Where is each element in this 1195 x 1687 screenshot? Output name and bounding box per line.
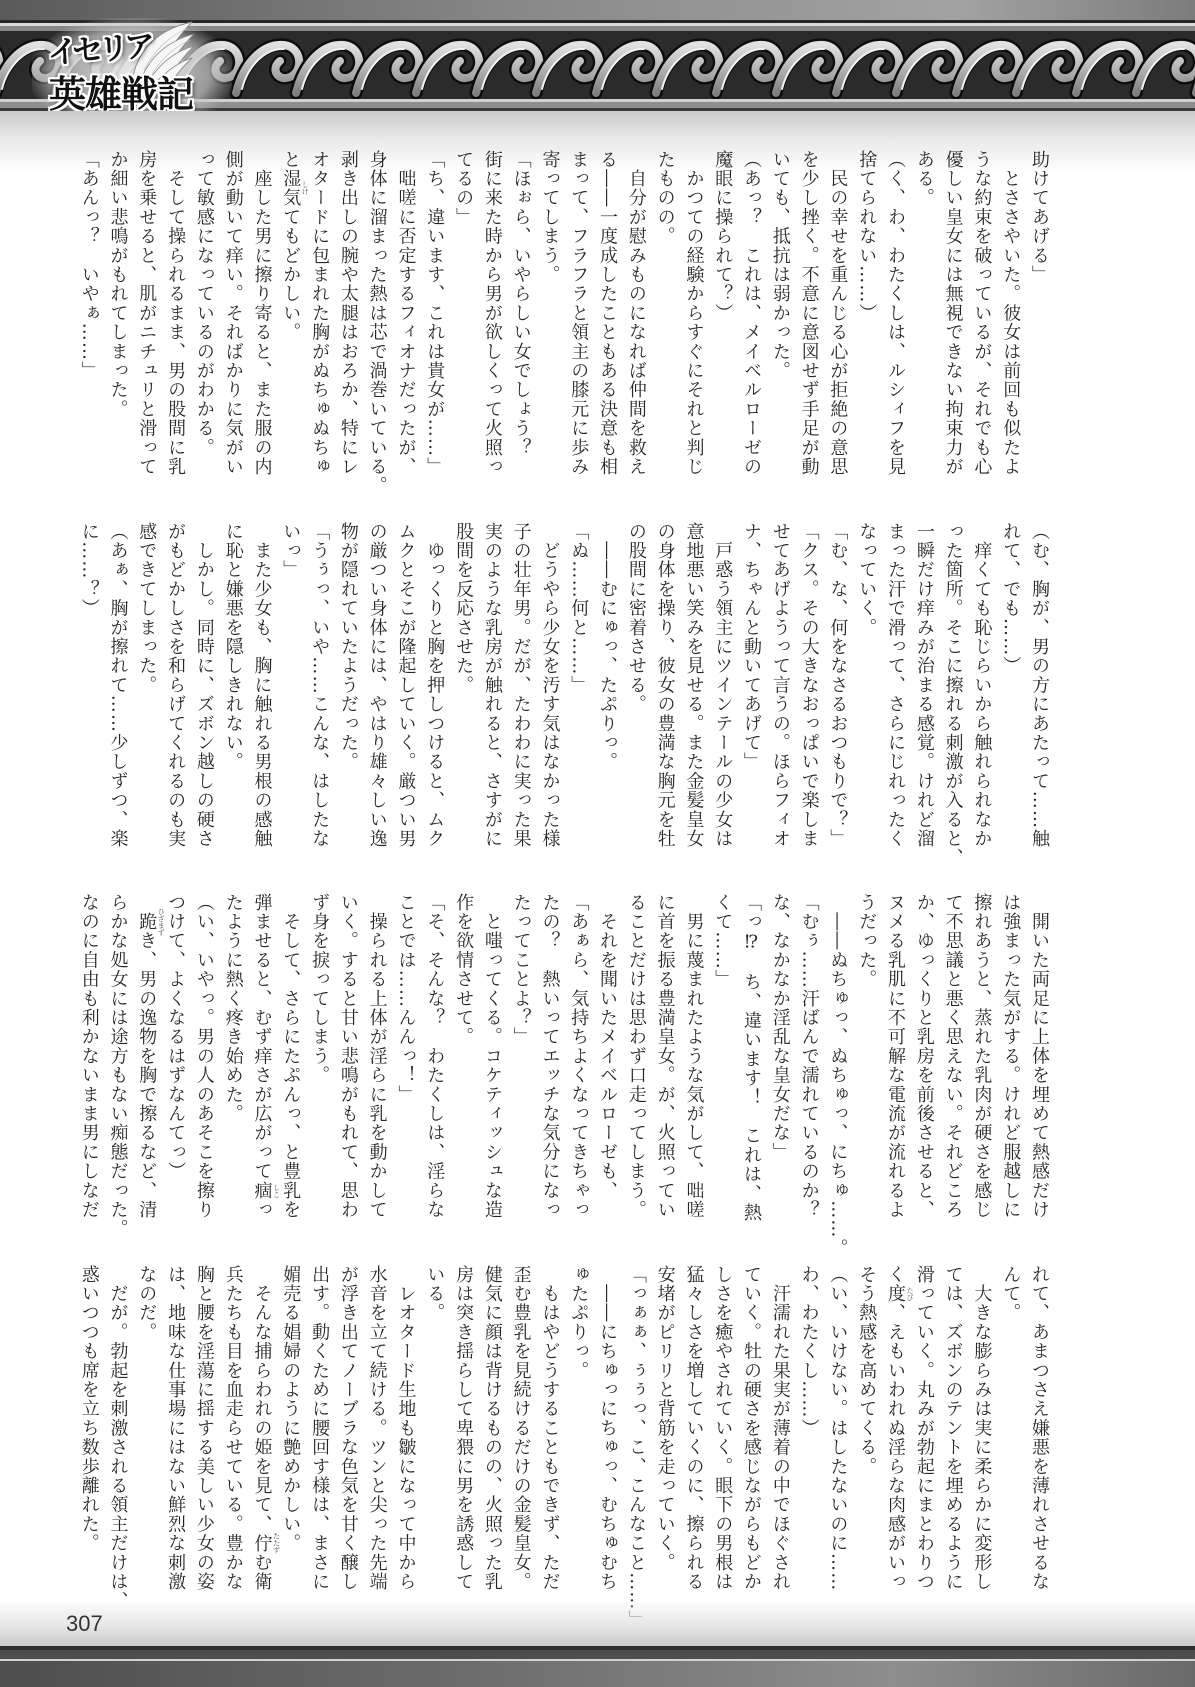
text-column: 身体に溜まった熱は芯で渦巻いている。 — [362, 150, 391, 477]
text-column: ゅたぷりっ。 — [563, 1265, 592, 1592]
text-column: 寄ってしまう。 — [535, 150, 564, 477]
text-column: （あぁ、胸が擦れて……少しずつ、楽 — [103, 522, 132, 849]
text-column: だが。勃起を刺激される領主だけは、 — [103, 1265, 132, 1592]
text-column: なのに自由も利かないまま男にしなだ — [74, 893, 103, 1220]
text-column: る――一度成したこともある決意も相 — [592, 150, 621, 477]
text-column: ゆっくりと胸を押しつけると、ムク — [419, 522, 448, 849]
text-column: レオタード生地も皺になって中から — [391, 1265, 420, 1592]
text-column: 「うぅっ、いや……こんな、はしたな — [304, 522, 333, 849]
text-column: に首を振る豊満皇女。が、火照ってい — [650, 893, 679, 1220]
text-column: 意地悪い笑みを見せる。また金髪皇女 — [679, 522, 708, 849]
text-column: の身体を操り、彼女の豊満な胸元を牡 — [650, 522, 679, 849]
text-column: て不思議と悪く思えない。それどころ — [938, 893, 967, 1220]
text-column: 跪ひざまずき、男の逸物を胸で擦るなど、清 — [132, 893, 161, 1220]
text-column: たものの。 — [650, 150, 679, 477]
text-column: どうやら少女を汚す気はなかった様 — [535, 522, 564, 849]
text-column: 子の壮年男。だが、たわわに実った果 — [506, 522, 535, 849]
ruby-base: 痼しこ — [251, 1181, 272, 1200]
text-column: 股間を反応させた。 — [448, 522, 477, 849]
text-column: に……？） — [74, 522, 103, 849]
text-column: の股間に密着させる。 — [621, 522, 650, 849]
text-column: 感できてしまった。 — [132, 522, 161, 849]
text-column: 弾ませると、むず痒さが広がって痼しこっ — [247, 893, 276, 1220]
text-column: 物が隠れていたようだった。 — [333, 522, 362, 849]
text-column: なっていく。 — [851, 522, 880, 849]
text-column: 健気に顔は背けるものの、火照った乳 — [477, 1265, 506, 1592]
text-column: ことでは……んんっ！」 — [391, 893, 420, 1220]
text-column: てるの」 — [448, 150, 477, 477]
text-column: れて、あまつさえ嫌悪を薄れさせるな — [1024, 1265, 1053, 1592]
text-column: 猛々しさを増していくのに、擦られる — [679, 1265, 708, 1592]
ruby-base: 度たび — [885, 1284, 906, 1303]
text-column: って敏感になっているのがわかる。 — [189, 150, 218, 477]
text-column: いても、抵抗は弱かった。 — [765, 150, 794, 477]
text-tier-4: れて、あまつさえ嫌悪を薄れさせるなんて。 大きな膨らみは実に柔らかに変形しては、… — [73, 1265, 1053, 1592]
text-column: れて、でも……） — [995, 522, 1024, 849]
text-column: たってことよ？」 — [506, 893, 535, 1220]
ruby-base: 跪ひざまず — [136, 912, 157, 931]
text-column: （あっ？ これは、メイベルローゼの — [736, 150, 765, 477]
text-column: （い、いけない。はしたないのに…… — [823, 1265, 852, 1592]
footer-bar — [0, 1646, 1195, 1687]
text-column: もはやどうすることもできず、ただ — [535, 1265, 564, 1592]
text-column: たの？ 熱いってエッチな気分になっ — [535, 893, 564, 1220]
text-column: 側が動いて痒い。そればかりに気がい — [218, 150, 247, 477]
text-column: ムクとそこが隆起していく。厳つい男 — [391, 522, 420, 849]
text-column: まった汗で滑って、さらにじれったく — [880, 522, 909, 849]
text-column: は、地味な仕事場にはない鮮烈な刺激 — [160, 1265, 189, 1592]
ruby-base: 佇たたず — [251, 1534, 272, 1553]
text-column: ――にちゅっにちゅっ、むちゅむち — [592, 1265, 621, 1592]
text-column: 胸と腰を淫蕩に揺する美しい少女の姿 — [189, 1265, 218, 1592]
text-column: （い、いやっ。男の人のあそこを擦り — [189, 893, 218, 1220]
ruby-annotation: たび — [906, 1287, 913, 1301]
ruby-annotation: たたず — [272, 1533, 279, 1554]
text-column: まって、フラフラと領主の膝元に歩み — [563, 150, 592, 477]
text-column: 「あぁら、気持ちよくなってきちゃっ — [563, 893, 592, 1220]
text-column: 房を乗せると、肌がニチュリと滑って — [132, 150, 161, 477]
text-column: 「あんっ？ いやぁ……」 — [74, 150, 103, 477]
text-column: 自分が慰みものになれば仲間を救え — [621, 150, 650, 477]
text-column: んて。 — [995, 1265, 1024, 1592]
text-column: ある。 — [909, 150, 938, 477]
text-column: 「そ、そんな？ わたくしは、淫らな — [419, 893, 448, 1220]
text-column: また少女も、胸に触れる男根の感触 — [247, 522, 276, 849]
text-column: わ、わたくし……） — [794, 1265, 823, 1592]
text-column: 魔眼に操られて？） — [707, 150, 736, 477]
text-column: と嗤ってくる。コケティッシュな造 — [477, 893, 506, 1220]
text-column: ては、ズボンのテントを埋めるように — [938, 1265, 967, 1592]
text-column: 「むぅ……汗ばんで濡れているのか？ — [794, 893, 823, 1220]
text-column: ていく。牡の硬さを感じながらもどか — [736, 1265, 765, 1592]
text-tier-3: 開いた両足に上体を埋めて熱感だけは強まった気がする。けれど服越しに擦れあうと、蒸… — [73, 893, 1053, 1220]
text-column: いっ」 — [275, 522, 304, 849]
text-column: 汗濡れた果実が薄着の中でほぐされ — [765, 1265, 794, 1592]
text-column: （く、わ、わたくしは、ルシィフを見 — [880, 150, 909, 477]
footer-shadow — [0, 1598, 1195, 1646]
text-column: くて……」 — [707, 893, 736, 1220]
text-column: を少し挫く。不意に意図せず手足が動 — [794, 150, 823, 477]
text-column: か細い悲鳴がもれてしまった。 — [103, 150, 132, 477]
text-column: かつての経験からすぐにそれと判じ — [679, 150, 708, 477]
text-column: 「クス。その大きなおっぱいで楽しま — [794, 522, 823, 849]
text-column: しかし。同時に、ズボン越しの硬さ — [189, 522, 218, 849]
text-column: 街に来た時から男が欲しくって火照っ — [477, 150, 506, 477]
text-column: く度たび、えもいわれぬ淫らな肉感がいっ — [880, 1265, 909, 1592]
text-column: 惑いつつも席を立ち数歩離れた。 — [74, 1265, 103, 1592]
text-column: それを聞いたメイベルローゼも、 — [592, 893, 621, 1220]
text-column: 水音を立て続ける。ツンと尖った先端 — [362, 1265, 391, 1592]
text-column: そして、さらにたぷんっ、と豊乳を — [275, 893, 304, 1220]
text-column: ――むにゅっ、たぷりっ。 — [592, 522, 621, 849]
text-column: が浮き出てノーブラな色気を甘く醸し — [333, 1265, 362, 1592]
ruby-annotation: しこ — [272, 1184, 279, 1198]
text-tier-2: （む、胸が、男の方にあたって……触れて、でも……） 痒くても恥じらいから触れられ… — [73, 522, 1053, 849]
text-column: 擦れあうと、蒸れた乳肉が硬さを感じ — [967, 893, 996, 1220]
text-column: 戸惑う領主にツインテールの少女は — [707, 522, 736, 849]
text-column: つけて、よくなるはずなんてっ） — [160, 893, 189, 1220]
text-column: に恥と嫌悪を隠しきれない。 — [218, 522, 247, 849]
text-column: 「む、な、何をなさるおつもりで？」 — [823, 522, 852, 849]
text-column: ヌメる乳肌に不可解な電流が流れるよ — [880, 893, 909, 1220]
text-column: そんな捕らわれの姫を見て、佇たたずむ衛 — [247, 1265, 276, 1592]
text-column: 兵たちも目を血走らせている。豊かな — [218, 1265, 247, 1592]
text-column: 房は突き揺らして卑猥に男を誘惑して — [448, 1265, 477, 1592]
text-column: と湿気しけてもどかしい。 — [275, 150, 304, 477]
text-column: 剥き出しの腕や太腿はおろか、特にレ — [333, 150, 362, 477]
ruby-annotation: ひざまず — [157, 908, 164, 936]
text-column: 一瞬だけ痒みが治まる感覚。けれど溜 — [909, 522, 938, 849]
text-column: 操られる上体が淫らに乳を動かして — [362, 893, 391, 1220]
text-column: 「ち、違います、これは貴女が……」 — [419, 150, 448, 477]
text-column: 大きな膨らみは実に柔らかに変形し — [967, 1265, 996, 1592]
text-column: ――ぬちゅっ、ぬちゅっ、にちゅ……。 — [823, 893, 852, 1220]
text-column: 「ほぉら、いやらしい女でしょう？ — [506, 150, 535, 477]
text-column: 咄嗟に否定するフィオナだったが、 — [391, 150, 420, 477]
text-column: せてあげようって言うの。ほらフィオ — [765, 522, 794, 849]
text-column: ることだけは思わず口走ってしまう。 — [621, 893, 650, 1220]
text-column: 「っぁぁ、ぅぅっ、こ、こんなこと……」 — [621, 1265, 650, 1592]
text-column: な、なかなか淫乱な皇女だな」 — [765, 893, 794, 1220]
text-column: 出す。動くために腰回す様は、まさに — [304, 1265, 333, 1592]
text-column: 助けてあげる」 — [1024, 150, 1053, 477]
text-column: 捨てられない……） — [851, 150, 880, 477]
text-column: 作を欲情させて。 — [448, 893, 477, 1220]
text-column: ず身を捩ってしまう。 — [304, 893, 333, 1220]
text-column: 歪む豊乳を見続けるだけの金髪皇女。 — [506, 1265, 535, 1592]
text-column: とささやいた。彼女は前回も似たよ — [995, 150, 1024, 477]
text-column: の厳つい身体には、やはり雄々しい逸 — [362, 522, 391, 849]
text-column: った箇所。そこに擦れる刺激が入ると、 — [938, 522, 967, 849]
text-column: うな約束を破っているが、それでも心 — [967, 150, 996, 477]
text-column: は強まった気がする。けれど服越しに — [995, 893, 1024, 1220]
text-column: か、ゆっくりと乳房を前後させると、 — [909, 893, 938, 1220]
text-column: 「ぬ……何と……」 — [563, 522, 592, 849]
text-column: 安堵がピリリと背筋を走っていく。 — [650, 1265, 679, 1592]
text-column: 民の幸せを重んじる心が拒絶の意思 — [823, 150, 852, 477]
text-column: オタードに包まれた胸がぬちゅぬちゅ — [304, 150, 333, 477]
text-column: 開いた両足に上体を埋めて熱感だけ — [1024, 893, 1053, 1220]
body-text: 助けてあげる」 とささやいた。彼女は前回も似たような約束を破っているが、それでも… — [0, 0, 1195, 1687]
text-column: いる。 — [419, 1265, 448, 1592]
text-column: 男に蔑まれたような気がして、咄嗟 — [679, 893, 708, 1220]
text-column: そう熱感を高めてくる。 — [851, 1265, 880, 1592]
text-column: 実のような乳房が触れると、さすがに — [477, 522, 506, 849]
text-column: がもどかしさを和らげてくれるのも実 — [160, 522, 189, 849]
text-column: （む、胸が、男の方にあたって……触 — [1024, 522, 1053, 849]
text-column: 「っ⁉ ち、違います！ これは、熱 — [736, 893, 765, 1220]
text-column: 座した男に擦り寄ると、また服の内 — [247, 150, 276, 477]
text-column: そして操られるまま、男の股間に乳 — [160, 150, 189, 477]
ruby-base: 湿気しけ — [280, 169, 301, 207]
text-column: 滑っていく。丸みが勃起にまとわりつ — [909, 1265, 938, 1592]
text-column: たように熱く疼き始めた。 — [218, 893, 247, 1220]
text-column: 痒くても恥じらいから触れられなか — [967, 522, 996, 849]
text-tier-1: 助けてあげる」 とささやいた。彼女は前回も似たような約束を破っているが、それでも… — [73, 150, 1053, 477]
text-column: うだった。 — [851, 893, 880, 1220]
text-column: いく。すると甘い悲鳴がもれて、思わ — [333, 893, 362, 1220]
text-column: ナ、ちゃんと動いてあげて」 — [736, 522, 765, 849]
page-number: 307 — [66, 1611, 103, 1637]
text-column: らかな処女には途方もない痴態だった。 — [103, 893, 132, 1220]
text-column: しさを癒やされていく。眼下の男根は — [707, 1265, 736, 1592]
text-column: 優しい皇女には無視できない拘束力が — [938, 150, 967, 477]
text-column: なのだ。 — [132, 1265, 161, 1592]
ruby-annotation: しけ — [301, 181, 308, 195]
